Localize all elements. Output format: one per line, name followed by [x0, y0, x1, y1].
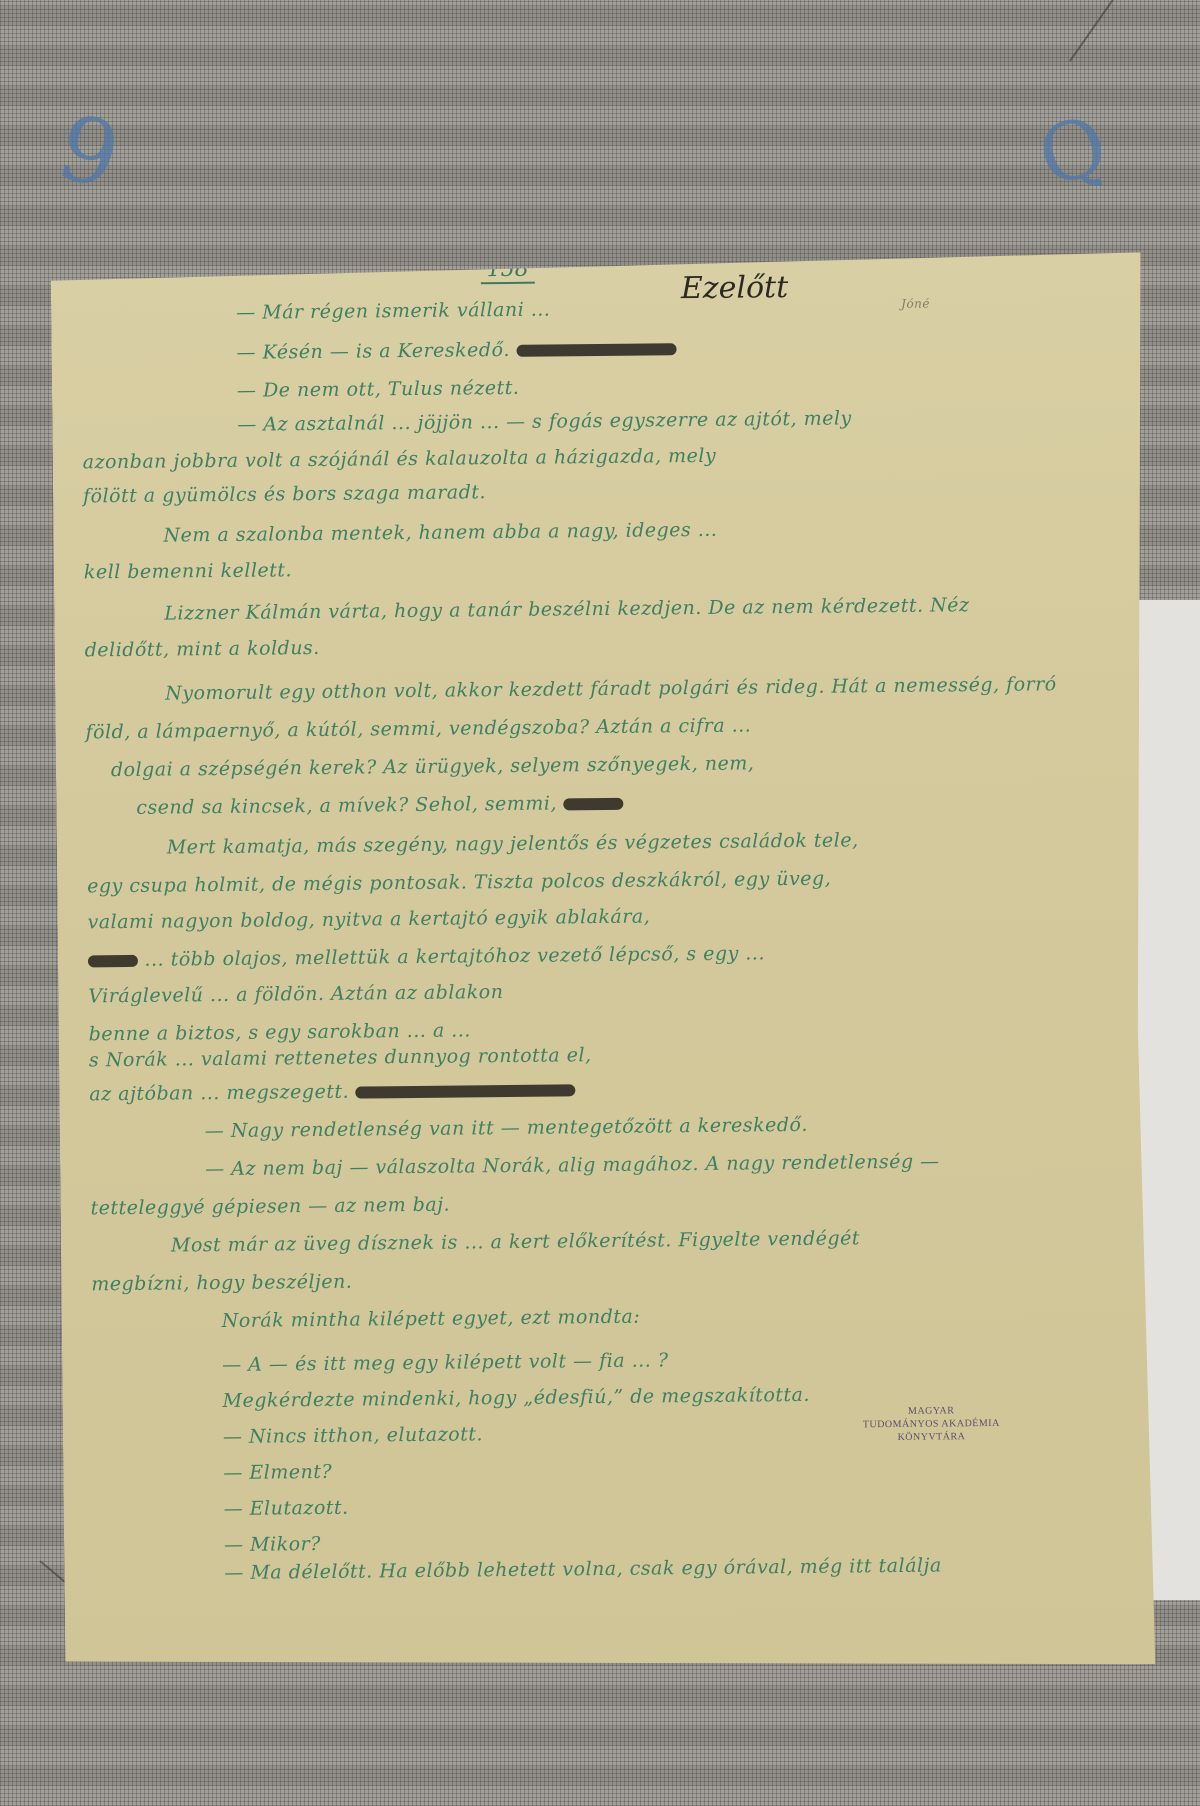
manuscript-line: dolgai a szépségén kerek? Az ürügyek, se…	[111, 752, 755, 781]
manuscript-line: — Késén — is a Kereskedő.	[236, 337, 676, 364]
manuscript-line: azonban jobbra volt a szójánál és kalauz…	[83, 445, 717, 474]
manuscript-line: Megkérdezte mindenki, hogy „édesfiú,” de…	[222, 1384, 810, 1412]
manuscript-line: — A — és itt meg egy kilépett volt — fia…	[222, 1349, 669, 1376]
manuscript-line-text: — Késén — is a Kereskedő.	[236, 339, 510, 364]
page-number: 158	[481, 257, 535, 285]
manuscript-line: megbízni, hogy beszéljen.	[91, 1271, 352, 1296]
manuscript-line: benne a biztos, s egy sarokban ... a ...	[89, 1019, 471, 1045]
manuscript-line-text: az ajtóban ... megszegett.	[89, 1081, 349, 1106]
stamp-line: TUDOMÁNYOS AKADÉMIA	[863, 1417, 1000, 1431]
crossed-out-word	[563, 798, 623, 811]
manuscript-line: — Nincs itthon, elutazott.	[223, 1423, 483, 1448]
manuscript-line: s Norák ... valami rettenetes dunnyog ro…	[89, 1044, 592, 1071]
manuscript-line: Norák mintha kilépett egyet, ezt mondta:	[222, 1306, 641, 1332]
manuscript-line: — Elutazott.	[224, 1497, 349, 1520]
crossed-out-word	[516, 343, 676, 357]
blue-crayon-mark-left: 9	[47, 94, 129, 210]
manuscript-line: fölött a gyümölcs és bors szaga maradt.	[83, 481, 486, 507]
manuscript-line: — Elment?	[223, 1461, 332, 1484]
manuscript-line: — Mikor?	[224, 1533, 321, 1556]
manuscript-line: — Nagy rendetlenség van itt — mentegetőz…	[205, 1114, 808, 1142]
manuscript-line: föld, a lámpaernyő, a kútól, semmi, vend…	[85, 714, 751, 743]
manuscript-line: egy csupa holmit, de mégis pontosak. Tis…	[87, 868, 831, 898]
crossed-out-word	[356, 1084, 576, 1098]
manuscript-line: Nyomorult egy otthon volt, akkor kezdett…	[165, 673, 1057, 704]
manuscript-line: — Már régen ismerik vállani ...	[236, 299, 550, 324]
pencil-title: Ezelőtt	[681, 270, 789, 306]
stamp-line: KÖNYVTÁRA	[863, 1430, 1000, 1444]
blue-crayon-mark-right: Q	[1029, 98, 1116, 205]
manuscript-line: Lizzner Kálmán várta, hogy a tanár beszé…	[164, 594, 969, 624]
manuscript-line: Viráglevelű ... a földön. Aztán az ablak…	[88, 981, 503, 1007]
manuscript-line-text: ... több olajos, mellettük a kertajtóhoz…	[144, 942, 765, 970]
manuscript-line: Most már az üveg dísznek is ... a kert e…	[171, 1227, 860, 1256]
manuscript-page: 158 Ezelőtt Jóné — Már régen ismerik vál…	[51, 252, 1156, 1675]
manuscript-line-text: csend sa kincsek, a mívek? Sehol, semmi,	[136, 792, 557, 818]
manuscript-line: — Ma délelőtt. Ha előbb lehetett volna, …	[224, 1554, 942, 1584]
manuscript-line: — De nem ott, Tulus nézett.	[237, 377, 520, 402]
manuscript-line: Mert kamatja, más szegény, nagy jelentős…	[167, 829, 859, 858]
crossed-out-word	[88, 955, 138, 968]
manuscript-line: tetteleggyé gépiesen — az nem baj.	[90, 1194, 450, 1220]
manuscript-line: valami nagyon boldog, nyitva a kertajtó …	[87, 906, 650, 934]
manuscript-line: — Az asztalnál ... jöjjön ... — s fogás …	[237, 407, 852, 435]
manuscript-line: kell bemenni kellett.	[84, 559, 292, 583]
pencil-annotation: Jóné	[901, 297, 930, 311]
manuscript-line: delidőtt, mint a koldus.	[85, 637, 320, 661]
library-stamp: MAGYAR TUDOMÁNYOS AKADÉMIA KÖNYVTÁRA	[863, 1404, 1000, 1444]
manuscript-line: ... több olajos, mellettük a kertajtóhoz…	[88, 942, 765, 971]
manuscript-line: csend sa kincsek, a mívek? Sehol, semmi,	[136, 792, 623, 819]
pencil-stroke	[1069, 0, 1122, 62]
manuscript-line: — Az nem baj — válaszolta Norák, alig ma…	[205, 1150, 940, 1180]
manuscript-line: az ajtóban ... megszegett.	[89, 1078, 576, 1105]
manuscript-line: Nem a szalonba mentek, hanem abba a nagy…	[163, 519, 717, 547]
